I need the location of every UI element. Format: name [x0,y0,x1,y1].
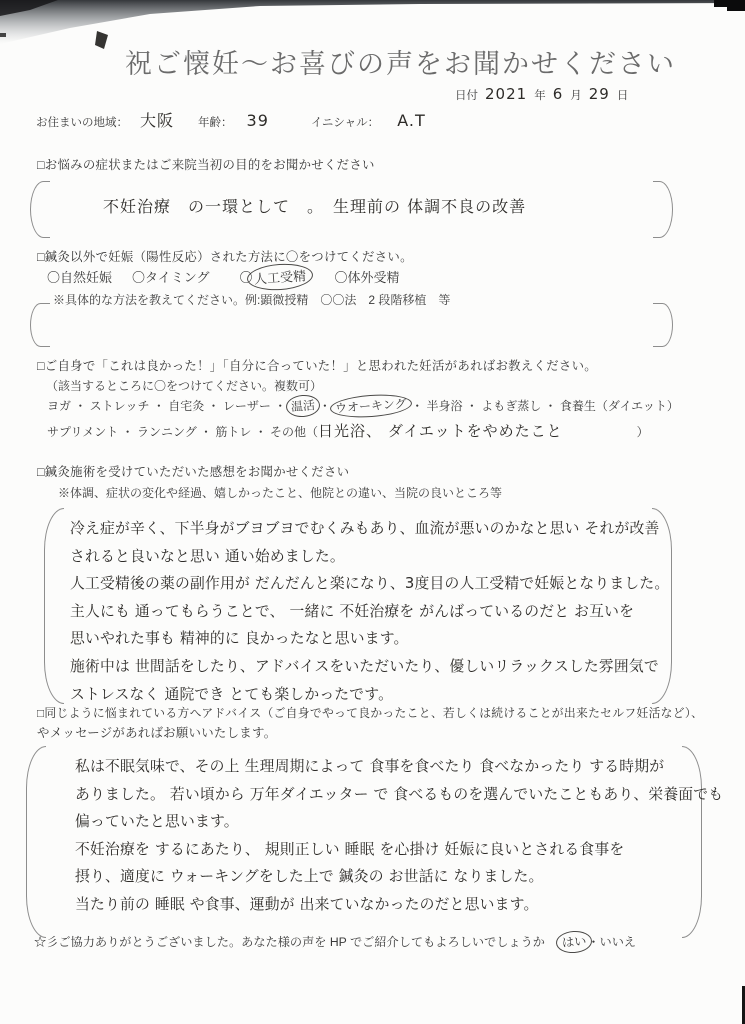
initials-value: A.T [397,111,426,130]
q1-answer: 不妊治療 の一環として 。 生理前の 体調不良の改善 [103,194,526,217]
page-title: 祝ご懐妊～お喜びの声をお聞かせください [125,42,676,81]
q3-other-answer: 日光浴、 ダイエットをやめたこと [318,422,563,440]
q4-answer-line: 施術中は 世間話をしたり、アドバイスをいただいたり、優しいリラックスした雰囲気で [70,653,669,681]
date-label: 日付 [455,87,478,103]
age-label: 年齢： [198,114,233,130]
hand-drawn-circle: 人工受精 [246,262,314,293]
date-day-unit: 日 [617,87,629,103]
footer-answer-no: ・いいえ [587,935,636,949]
date-row: 日付 2021 年 6 月 29 日 [455,85,628,103]
date-year-unit: 年 [534,87,546,103]
q1-heading: □お悩みの症状またはご来院当初の目的をお聞かせください [37,155,375,173]
profile-row: お住まいの地域： 大阪 年齢： 39 イニシャル： A.T [36,108,426,131]
initials-label: イニシャル： [311,114,379,130]
age-value: 39 [247,111,269,130]
option-walking-label: ウオーキング [335,397,407,416]
q3-options-segment: ・ 半身浴 ・ よもぎ蒸し ・ 食養生（ダイエット） [408,399,679,413]
q3-subheading: （該当するところに〇をつけてください。複数可） [46,377,322,394]
scanned-questionnaire: 祝ご懐妊～お喜びの声をお聞かせください 日付 2021 年 6 月 29 日 お… [0,0,745,1024]
bracket-left [26,746,46,938]
footer-text: ☆彡ご協力ありがとうございました。あなた様の声を HP でご紹介してもよろしいで… [34,935,545,949]
bracket-left [30,303,50,347]
q5-answer-line: ありました。 若い頃から 万年ダイエッター で 食べるものを選んでいたこともあり… [75,781,723,809]
q4-answer-line: 主人にも 通ってもらうことで、 一緒に 不妊治療を がんばっているのだと お互い… [70,598,669,626]
q3-options-line2: サプリメント ・ ランニング ・ 筋トレ ・ その他（日光浴、 ダイエットをやめ… [47,420,649,441]
hand-drawn-circle: はい [555,930,593,954]
option-timing: 〇タイミング [132,267,209,286]
hand-drawn-circle: ウオーキング [330,392,413,420]
option-artificial-insemination: 〇人工受精 [240,267,307,286]
q4-answer-line: 人工受精後の薬の副作用が だんだんと楽になり、3度目の人工受精で妊娠となりました… [70,570,669,598]
option-artificial-insemination-label: 人工受精 [253,268,306,287]
q1-answer-area: 不妊治療 の一環として 。 生理前の 体調不良の改善 [30,181,673,238]
q3-options-prefix: サプリメント ・ ランニング ・ 筋トレ ・ その他（ [47,425,318,439]
footer-answer-yes: はい [562,934,587,950]
date-day-value: 29 [589,85,610,103]
q5-answer-area: 私は不眠気味で、その上 生理周期によって 食事を食べたり 食べなかったり する時… [26,746,702,938]
q3-options-segment: ヨガ ・ ストレッチ ・ 自宅灸 ・ レーザー ・ [47,399,290,413]
q2-answer-area [30,303,673,347]
q4-answer-line: 思いやれた事も 精神的に 良かったなと思います。 [70,625,669,653]
q4-answer-line: 冷え症が辛く、下半身がブヨブヨでむくみもあり、血流が悪いのかなと思い それが改善 [70,515,669,543]
q4-heading: □鍼灸施術を受けていただいた感想をお聞かせください [37,462,349,480]
bracket-left [30,181,50,238]
q4-answer-area: 冷え症が辛く、下半身がブヨブヨでむくみもあり、血流が悪いのかなと思い それが改善… [44,508,672,704]
date-year-value: 2021 [485,85,527,103]
q5-heading-line1: □同じように悩まれている方へアドバイス（ご自身でやって良かったこと、若しくは続け… [37,704,703,721]
date-month-value: 6 [553,85,564,103]
q2-heading: □鍼灸以外で妊娠（陽性反応）された方法に〇をつけてください。 [37,247,413,265]
q5-answer-text: 私は不眠気味で、その上 生理周期によって 食事を食べたり 食べなかったり する時… [75,753,723,919]
date-month-unit: 月 [570,87,582,103]
q5-answer-line: 偏っていたと思います。 [75,808,723,836]
option-onkatsu-label: 温活 [290,398,315,414]
region-value: 大阪 [140,108,174,131]
option-ivf: 〇体外受精 [335,267,400,286]
bracket-right [653,181,673,238]
q4-answer-line: されると良いなと思い 通い始めました。 [70,543,669,571]
q5-answer-line: 不妊治療を するにあたり、 規則正しい 睡眠 を心掛け 妊娠に良いとされる食事を [75,836,723,864]
q2-options-row: 〇自然妊娠 〇タイミング 〇人工受精 〇体外受精 [47,267,400,286]
hand-drawn-circle: 温活 [285,394,320,418]
q5-answer-line: 私は不眠気味で、その上 生理周期によって 食事を食べたり 食べなかったり する時… [75,753,723,781]
q3-heading: □ご自身で「これは良かった！」「自分に合っていた！」と思われた妊活があればお教え… [37,356,597,374]
q3-closing-paren: ） [637,423,649,440]
q4-subheading: ※体調、症状の変化や経過、嬉しかったこと、他院との違い、当院の良いところ等 [58,484,502,501]
q3-options-line1: ヨガ ・ ストレッチ ・ 自宅灸 ・ レーザー ・ 温活 ・ ウオーキング ・ … [47,397,679,415]
option-natural-pregnancy: 〇自然妊娠 [47,267,112,286]
footer-row: ☆彡ご協力ありがとうございました。あなた様の声を HP でご紹介してもよろしいで… [34,933,636,951]
q5-answer-line: 摂り、適度に ウォーキングをした上で 鍼灸の お世話に なりました。 [75,863,723,891]
bracket-right [653,303,673,347]
region-label: お住まいの地域： [36,114,128,130]
q4-answer-text: 冷え症が辛く、下半身がブヨブヨでむくみもあり、血流が悪いのかなと思い それが改善… [70,515,669,708]
bracket-left [44,508,64,704]
q5-heading-line2: やメッセージがあればお願いいたします。 [37,723,276,741]
q5-answer-line: 当たり前の 睡眠 や食事、運動が 出来ていなかったのだと思います。 [75,891,723,919]
